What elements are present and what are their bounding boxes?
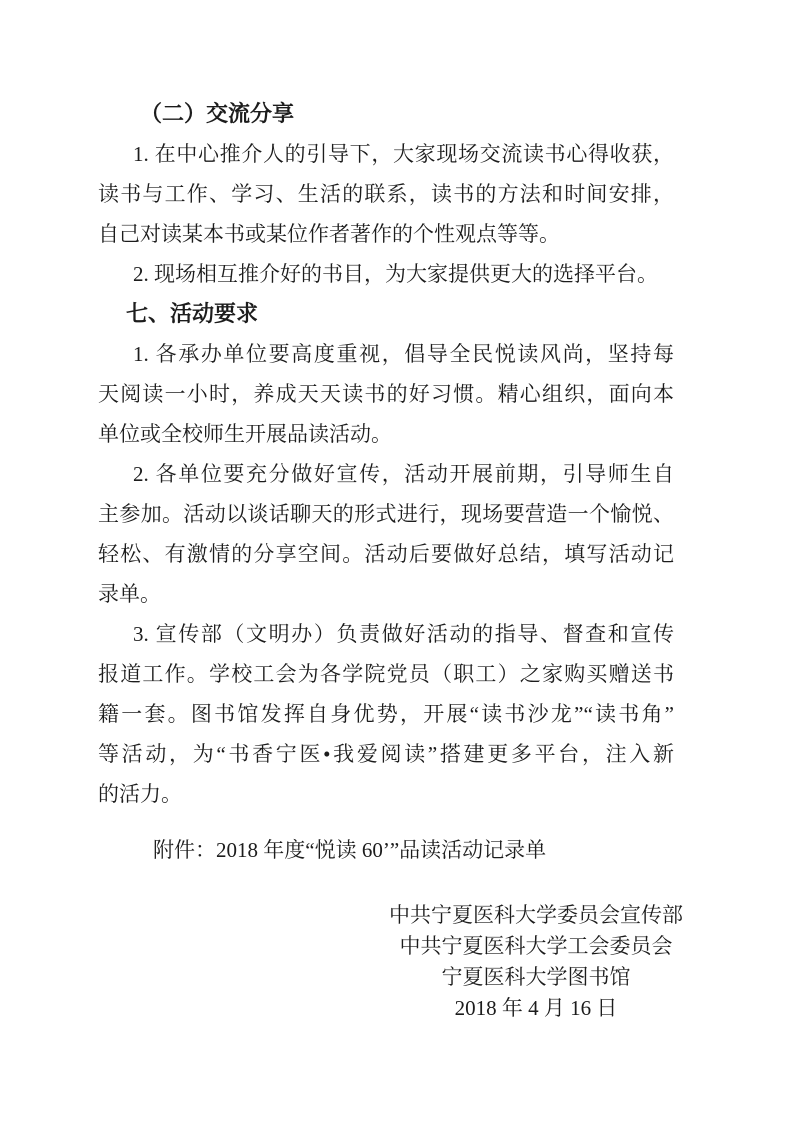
paragraph-line: 1. 在中心推介人的引导下，大家现场交流读书心得收获， <box>98 134 674 174</box>
attachment-note: 附件：2018 年度“悦读 60’”品读活动记录单 <box>98 830 674 870</box>
paragraph-line: 报道工作。学校工会为各学院党员（职工）之家购买赠送书 <box>98 654 674 694</box>
signature-date: 2018 年 4 月 16 日 <box>380 993 692 1024</box>
signature-org-1: 中共宁夏医科大学委员会宣传部 <box>380 900 692 931</box>
paragraph-line: 的活力。 <box>98 774 674 814</box>
paragraph-line: 轻松、有激情的分享空间。活动后要做好总结，填写活动记 <box>98 534 674 574</box>
paragraph-line: 录单。 <box>98 574 674 614</box>
document-body: （二）交流分享 1. 在中心推介人的引导下，大家现场交流读书心得收获， 读书与工… <box>98 94 674 1024</box>
document-page: （二）交流分享 1. 在中心推介人的引导下，大家现场交流读书心得收获， 读书与工… <box>0 0 793 1122</box>
section-heading-requirements: 七、活动要求 <box>98 294 674 334</box>
paragraph-line: 2. 现场相互推介好的书目，为大家提供更大的选择平台。 <box>98 254 674 294</box>
paragraph-line: 2. 各单位要充分做好宣传，活动开展前期，引导师生自 <box>98 454 674 494</box>
paragraph-line: 等活动，为“书香宁医•我爱阅读”搭建更多平台，注入新 <box>98 734 674 774</box>
signature-block: 中共宁夏医科大学委员会宣传部 中共宁夏医科大学工会委员会 宁夏医科大学图书馆 2… <box>380 900 692 1024</box>
signature-org-3: 宁夏医科大学图书馆 <box>380 962 692 993</box>
paragraph-line: 自己对读某本书或某位作者著作的个性观点等等。 <box>98 214 674 254</box>
section-heading-share: （二）交流分享 <box>98 94 674 134</box>
paragraph-line: 读书与工作、学习、生活的联系，读书的方法和时间安排， <box>98 174 674 214</box>
paragraph-line: 天阅读一小时，养成天天读书的好习惯。精心组织，面向本 <box>98 374 674 414</box>
paragraph-line: 主参加。活动以谈话聊天的形式进行，现场要营造一个愉悦、 <box>98 494 674 534</box>
paragraph-line: 籍一套。图书馆发挥自身优势，开展“读书沙龙”“读书角” <box>98 694 674 734</box>
paragraph-line: 1. 各承办单位要高度重视，倡导全民悦读风尚，坚持每 <box>98 334 674 374</box>
signature-org-2: 中共宁夏医科大学工会委员会 <box>380 931 692 962</box>
paragraph-line: 3. 宣传部（文明办）负责做好活动的指导、督查和宣传 <box>98 614 674 654</box>
paragraph-line: 单位或全校师生开展品读活动。 <box>98 414 674 454</box>
